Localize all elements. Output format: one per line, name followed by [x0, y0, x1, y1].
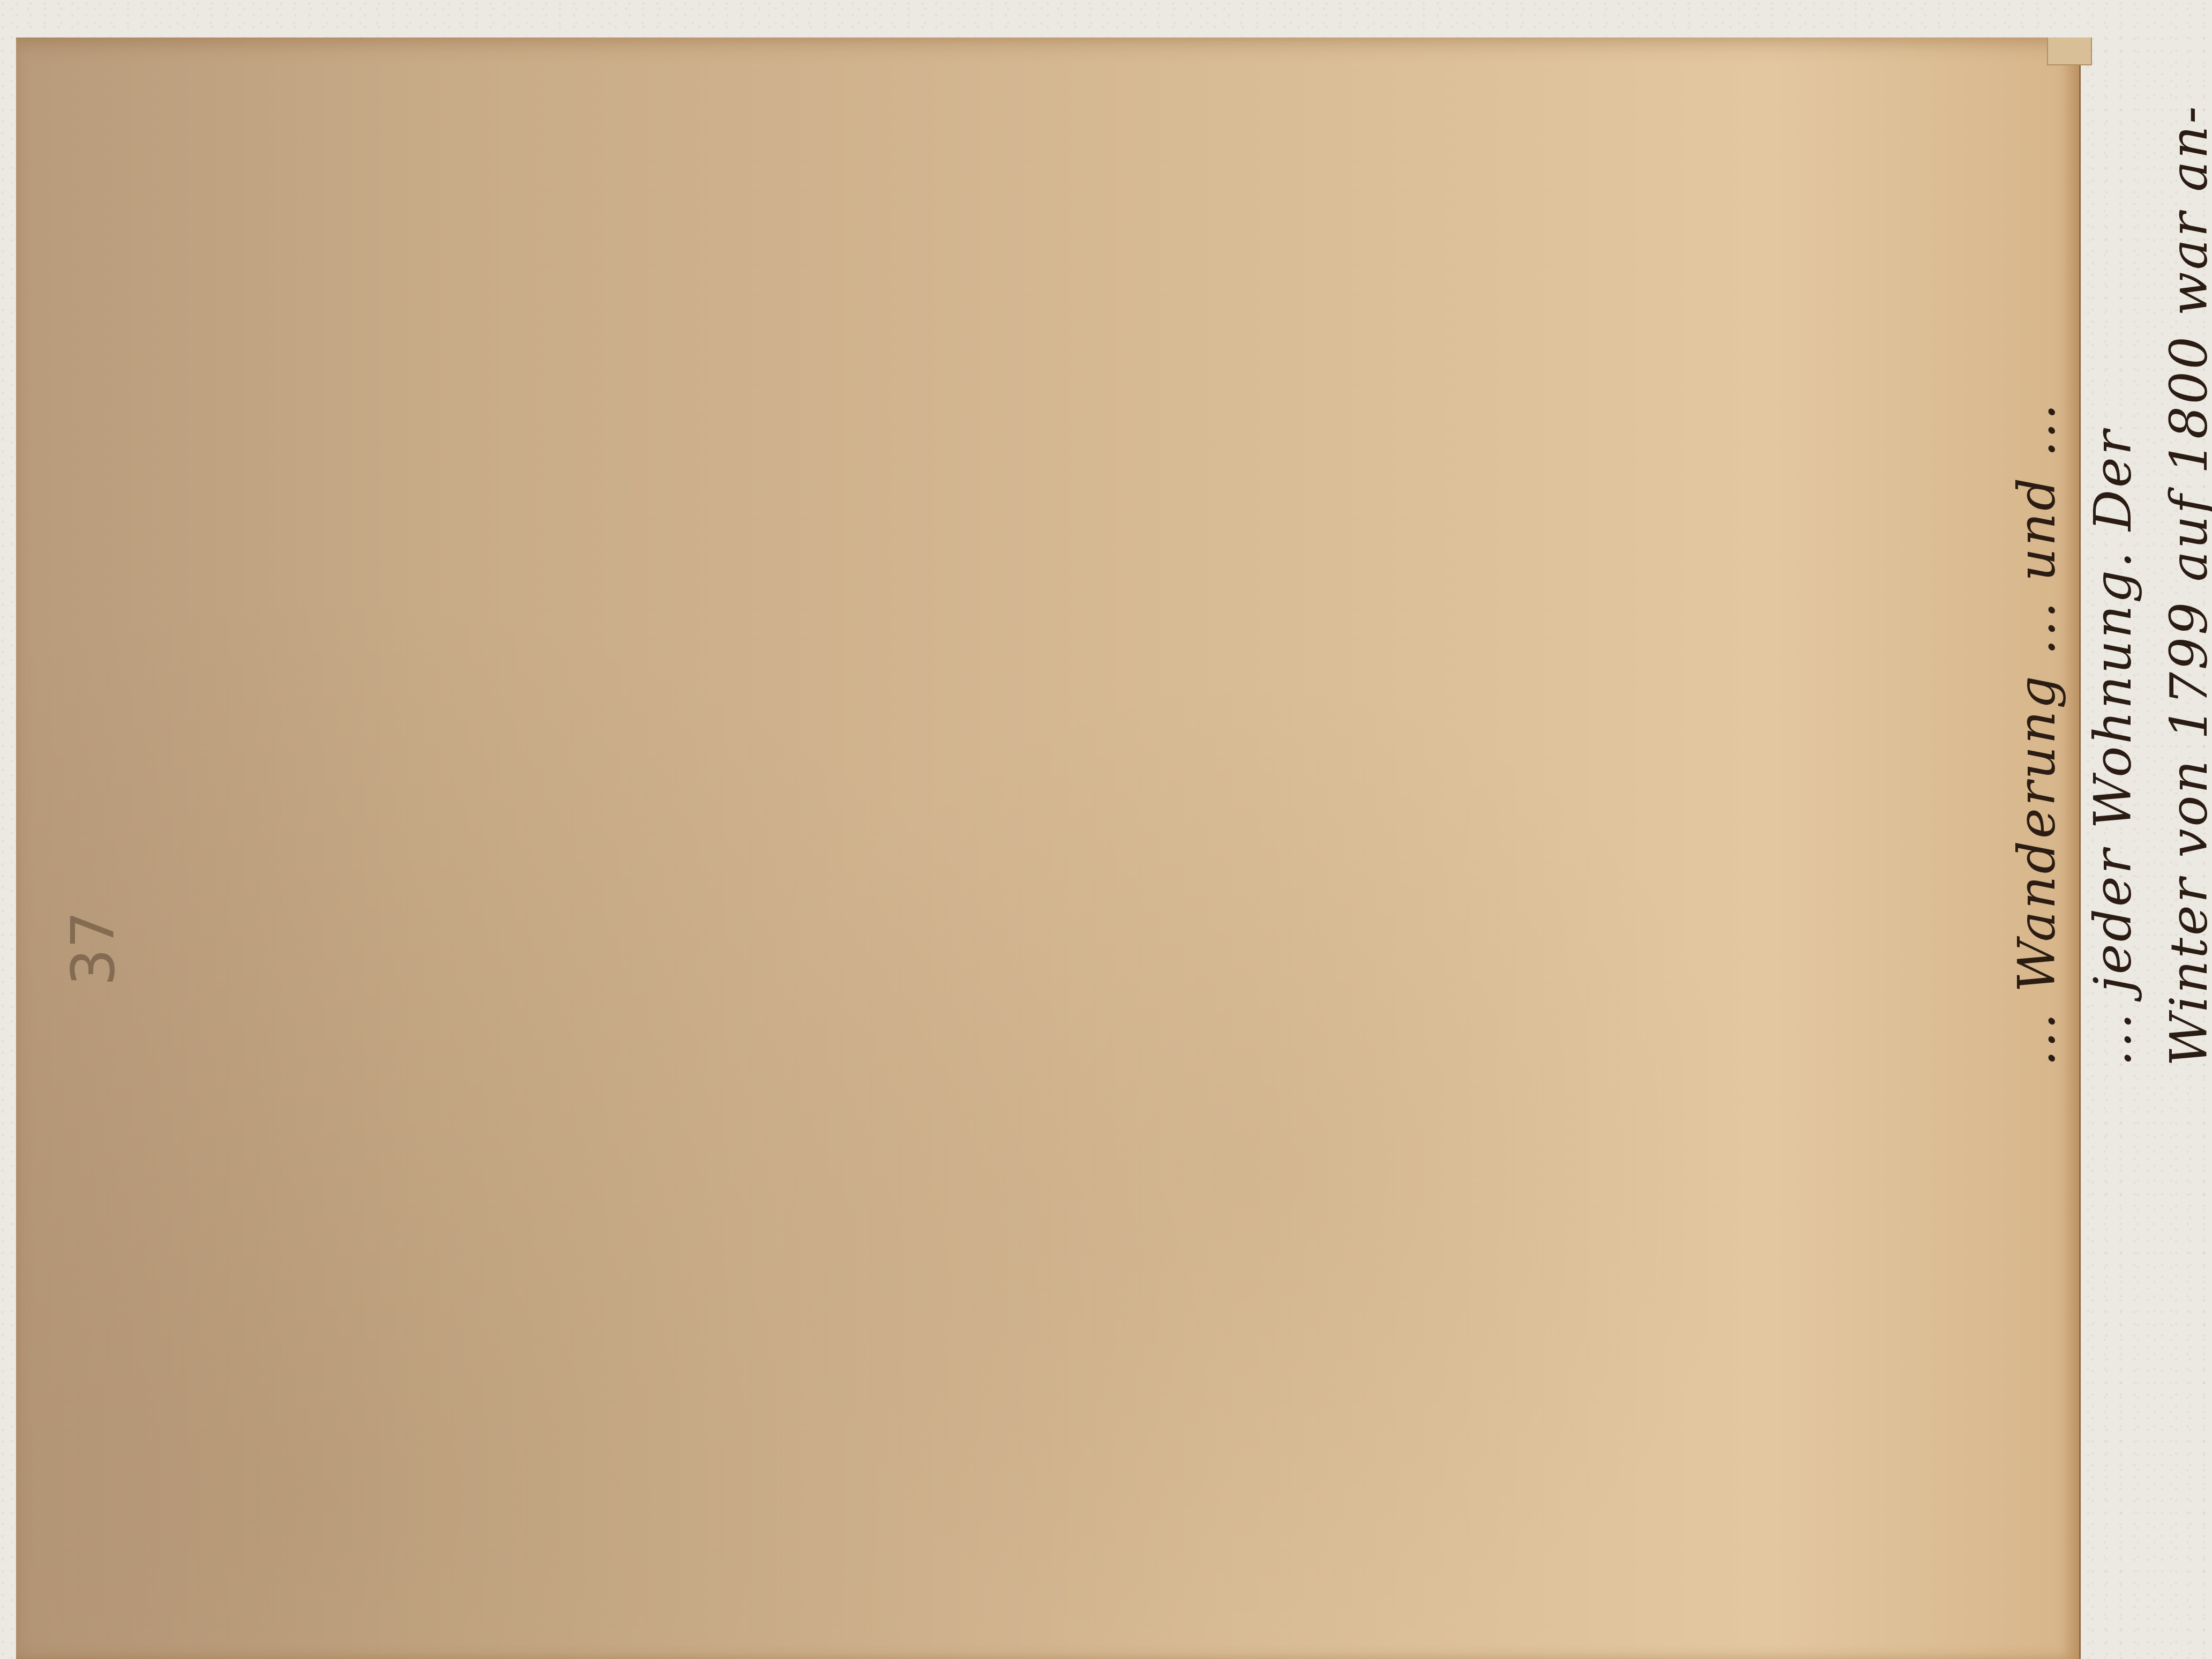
pencil-page-number: 37: [59, 911, 128, 986]
text-line: ... Wanderung ... und ...: [1999, 102, 2075, 1066]
folded-corner: [2047, 38, 2092, 65]
handwritten-text-block: ... Wanderung ... und ... ... jeder Wohn…: [1999, 102, 2212, 1066]
manuscript-page: 37 ... Wanderung ... und ... ... jeder W…: [16, 38, 2081, 1659]
text-line: ... jeder Wohnung. Der: [2075, 102, 2151, 1066]
text-line: Winter von 1799 auf 1800 war an-: [2151, 102, 2212, 1066]
